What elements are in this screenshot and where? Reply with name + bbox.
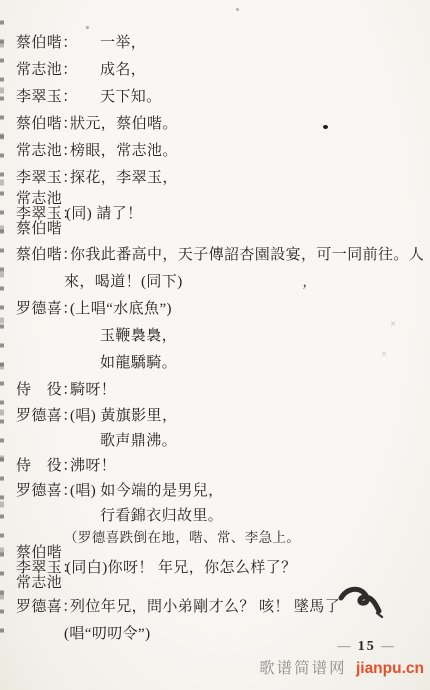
script-line: 侍 役：騎呀！ [0, 377, 430, 404]
line-text: 如龍驕騎。 [100, 355, 177, 371]
speaker-name: 常志池： [16, 57, 78, 84]
line-text: 探花，李翠玉， [70, 170, 178, 186]
speaker-name: 蔡伯喈： [16, 242, 78, 269]
line-text: 天下知。 [100, 89, 162, 105]
ink-speck [323, 125, 328, 129]
speaker-name: 常志池 [16, 576, 78, 591]
line-text: (同白)你呀！ 年兄，你怎么样了？ [66, 561, 297, 576]
line-text: (同) 請了！ [66, 207, 143, 222]
ink-speck [86, 26, 89, 29]
speaker-name: 李翠玉： [16, 165, 78, 192]
script-line: 蔡伯喈：一举， [0, 30, 430, 57]
script-line: 常志池：成名， [0, 57, 430, 84]
line-text: 你我此番高中，天子傳詔杏園設宴，可一同前往。人 [70, 247, 424, 263]
line-text: 行看錦衣归故里。 [100, 508, 223, 524]
page-number-dash: — [381, 638, 396, 653]
script-line: 蔡伯喈：你我此番高中，天子傳詔杏園設宴，可一同前往。人 [0, 242, 430, 269]
speaker-name: 李翠玉： [16, 84, 78, 111]
script-line: 罗德喜：(唱) 如今端的是男兒， [0, 479, 430, 504]
scan-noise-mark: × [381, 348, 387, 360]
line-text: (唱) 如今端的是男兒， [70, 483, 224, 499]
speaker-name: 常志池： [16, 138, 78, 165]
speaker-name: 蔡伯喈 [16, 222, 78, 237]
line-text: 榜眼，常志池。 [70, 143, 178, 159]
scanned-script-page: 蔡伯喈：一举，常志池：成名，李翠玉：天下知。蔡伯喈：狀元，蔡伯喈。常志池：榜眼，… [0, 0, 430, 690]
line-text: 玉鞭裊裊， [100, 328, 177, 344]
speaker-name: 常志池 [16, 192, 78, 207]
script-line: 李翠玉：探花，李翠玉， [0, 165, 430, 192]
script-line: 玉鞭裊裊， [0, 323, 430, 350]
script-line: 常志池：榜眼，常志池。 [0, 138, 430, 165]
script-line: 歌声鼎沸。 [0, 429, 430, 454]
line-text: (上唱“水底魚”) [70, 301, 172, 317]
speaker-name: 侍 役： [16, 454, 78, 479]
script-line: 來，喝道！(同下) [0, 269, 430, 296]
line-text: (唱) 黃旗影里， [70, 408, 177, 424]
page-number-value: 15 [358, 639, 376, 654]
line-text: （罗德喜跌倒在地，喈、常、李急上。 [64, 530, 300, 545]
speaker-name: 罗德喜： [16, 479, 78, 504]
line-text: 來，喝道！(同下) [64, 274, 183, 290]
speaker-name: 蔡伯喈： [16, 111, 78, 138]
script-lines: 蔡伯喈：一举，常志池：成名，李翠玉：天下知。蔡伯喈：狀元，蔡伯喈。常志池：榜眼，… [0, 30, 430, 648]
line-text: 一举， [100, 35, 146, 51]
watermark-site-name: 歌谱简谱网 [259, 660, 347, 677]
script-line: 蔡伯喈：狀元，蔡伯喈。 [0, 111, 430, 138]
watermark-site-url: jianpu.cn [356, 660, 424, 677]
script-line: 李翠玉：天下知。 [0, 84, 430, 111]
script-line: 罗德喜：(上唱“水底魚”) [0, 296, 430, 323]
script-line: （罗德喜跌倒在地，喈、常、李急上。 [0, 529, 430, 546]
line-text: 列位年兄，問小弟剛才么？ 咳！ 墜馬了 [70, 599, 340, 615]
script-line: 侍 役：沸呀！ [0, 454, 430, 479]
speaker-name: 罗德喜： [16, 404, 78, 429]
line-text: 歌声鼎沸。 [100, 433, 177, 449]
script-line: 罗德喜：(唱) 黃旗影里， [0, 404, 430, 429]
speaker-name: 罗德喜： [16, 296, 78, 323]
ink-speck [236, 8, 239, 11]
speaker-name: 罗德喜： [16, 594, 78, 621]
speaker-name: 蔡伯喈： [16, 30, 78, 57]
ink-speck: ， [302, 271, 319, 293]
script-line: 常志池李翠玉：蔡伯喈(同) 請了！ [0, 192, 430, 237]
script-line: 如龍驕騎。 [0, 350, 430, 377]
page-number-dash: — [338, 638, 353, 653]
speaker-name: 侍 役： [16, 377, 78, 404]
speaker-name: 蔡伯喈 [16, 546, 78, 561]
watermark: 歌谱简谱网 jianpu.cn [259, 656, 424, 678]
line-text: (唱“叨叨令”) [64, 626, 151, 642]
script-line: 行看錦衣归故里。 [0, 504, 430, 529]
line-text: 成名， [100, 62, 146, 78]
page-number: — 15 — [338, 638, 397, 655]
line-text: 狀元，蔡伯喈。 [70, 116, 178, 132]
ink-smudge [338, 585, 386, 619]
scan-noise-mark: × [390, 318, 396, 330]
